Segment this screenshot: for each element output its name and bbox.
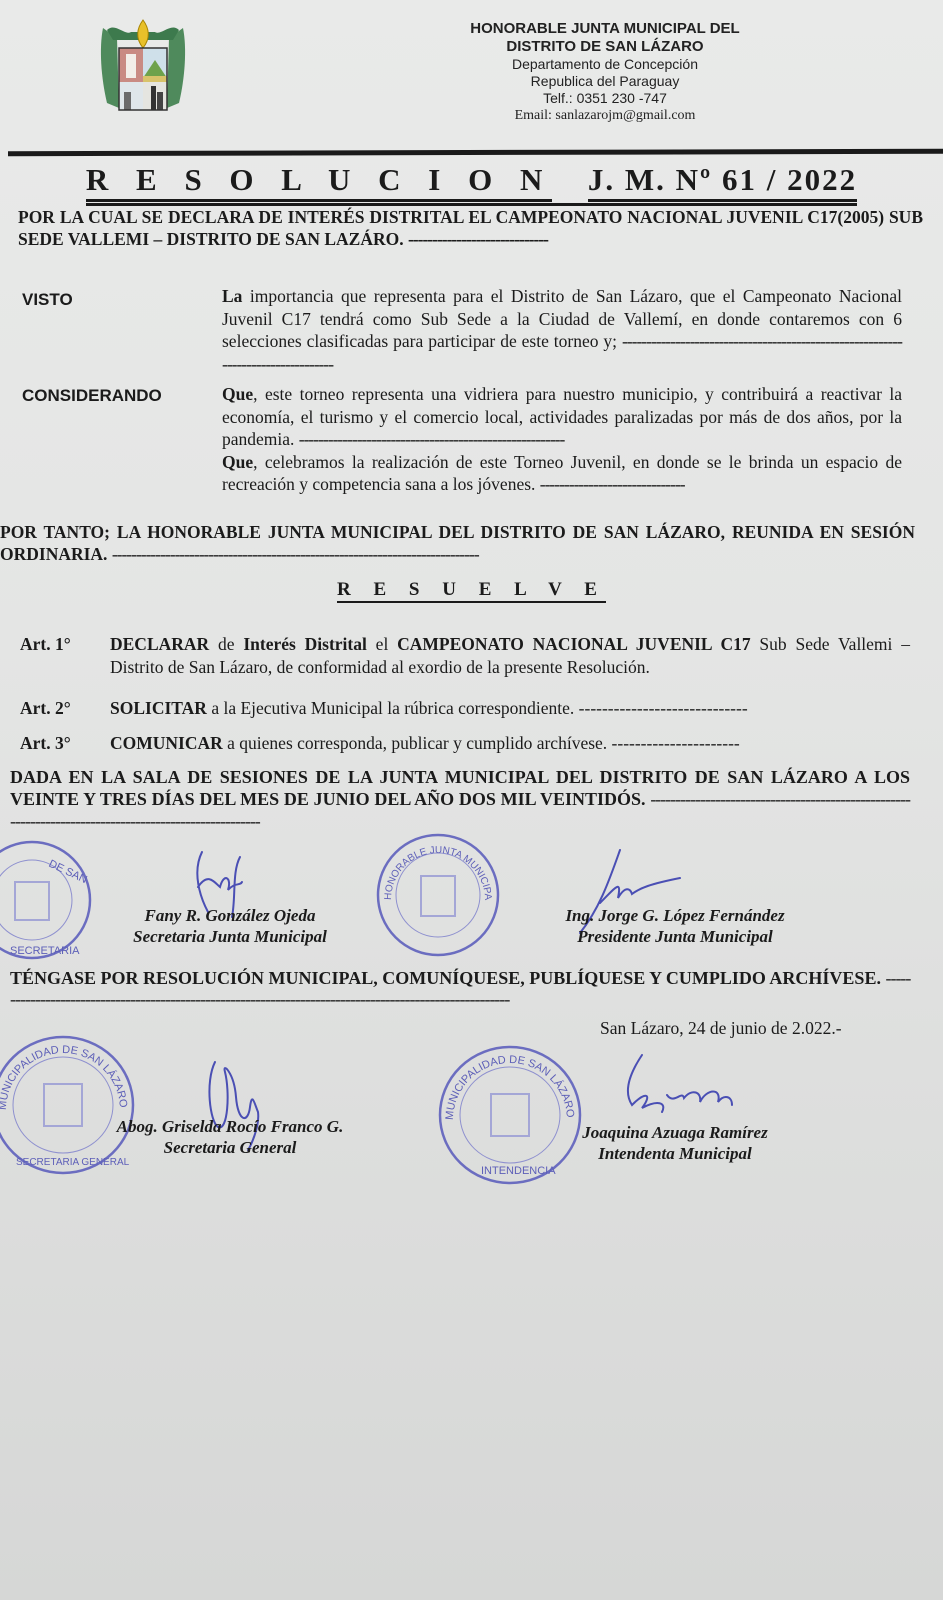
resolution-number: J. M. Nº 61 / 2022	[588, 162, 857, 202]
country: Republica del Paraguay	[390, 73, 820, 90]
article-keyword: CAMPEONATO NACIONAL JUVENIL C17	[397, 634, 750, 654]
header-divider	[8, 149, 943, 156]
paragraph-lead: Que	[222, 384, 253, 404]
article-keyword: DECLARAR	[110, 634, 209, 654]
secretaria-junta-stamp-icon: DE SAN SECRETARIA	[0, 838, 95, 963]
signatory-presidente-junta: Ing. Jorge G. López Fernández Presidente…	[520, 905, 830, 947]
article-text: SOLICITAR a la Ejecutiva Municipal la rú…	[110, 697, 910, 720]
signatory-role: Presidente Junta Municipal	[520, 926, 830, 947]
dada-clause: DADA EN LA SALA DE SESIONES DE LA JUNTA …	[10, 766, 910, 832]
article-3: Art. 3° COMUNICAR a quienes corresponda,…	[20, 732, 910, 755]
honorable-junta-stamp-icon: HONORABLE JUNTA MUNICIPAL DE SAN LÁZARO	[373, 830, 503, 960]
letterhead: HONORABLE JUNTA MUNICIPAL DEL DISTRITO D…	[390, 20, 820, 125]
svg-text:HONORABLE JUNTA MUNICIPAL DE S: HONORABLE JUNTA MUNICIPAL DE SAN LÁZARO	[373, 830, 493, 901]
svg-text:SECRETARIA: SECRETARIA	[10, 945, 80, 957]
paragraph-lead: Que	[222, 452, 253, 472]
filler-dashes: ----------------------------------------…	[112, 544, 479, 564]
visto-lead: La	[222, 286, 242, 306]
date-line: San Lázaro, 24 de junio de 2.022.-	[600, 1018, 842, 1039]
title-word: R E S O L U C I O N	[86, 162, 552, 202]
article-number: Art. 1°	[20, 633, 71, 656]
signatory-role: Secretaria Junta Municipal	[100, 926, 360, 947]
svg-text:INTENDENCIA: INTENDENCIA	[481, 1165, 556, 1177]
email: Email: sanlazarojm@gmail.com	[390, 107, 820, 125]
institution-name-line1: HONORABLE JUNTA MUNICIPAL DEL	[390, 20, 820, 38]
svg-text:SECRETARIA GENERAL: SECRETARIA GENERAL	[16, 1157, 130, 1168]
article-number: Art. 3°	[20, 732, 71, 755]
signatory-secretaria-junta: Fany R. González Ojeda Secretaria Junta …	[100, 905, 360, 947]
municipal-emblem-icon	[97, 18, 189, 118]
signatory-name: Joaquina Azuaga Ramírez	[540, 1122, 810, 1143]
institution-name-line2: DISTRITO DE SAN LÁZARO	[390, 38, 820, 56]
signatory-intendenta: Joaquina Azuaga Ramírez Intendenta Munic…	[540, 1122, 810, 1164]
tengase-text: TÉNGASE POR RESOLUCIÓN MUNICIPAL, COMUNÍ…	[10, 968, 881, 988]
signatory-name: Abog. Griselda Rocío Franco G.	[80, 1116, 380, 1137]
considerando-label: CONSIDERANDO	[22, 386, 162, 406]
article-text: DECLARAR de Interés Distrital el CAMPEON…	[110, 633, 910, 679]
article-body: a la Ejecutiva Municipal la rúbrica corr…	[207, 698, 748, 718]
filler-dashes: ----------------------------------------…	[299, 429, 565, 449]
filler-dashes: ------------------------------	[540, 474, 685, 494]
signature-joaquina-azuaga	[612, 1050, 762, 1120]
article-1: Art. 1° DECLARAR de Interés Distrital el…	[20, 633, 910, 679]
article-number: Art. 2°	[20, 697, 71, 720]
filler-dashes: -----------------------------	[408, 229, 548, 249]
visto-label: VISTO	[22, 290, 73, 310]
considerando-paragraph: Que, celebramos la realización de este T…	[222, 451, 902, 496]
por-tanto-clause: POR TANTO; LA HONORABLE JUNTA MUNICIPAL …	[0, 521, 915, 565]
article-keyword: COMUNICAR	[110, 733, 223, 753]
signatory-role: Secretaria General	[80, 1137, 380, 1158]
article-body: de	[209, 634, 243, 654]
signatory-name: Ing. Jorge G. López Fernández	[520, 905, 830, 926]
article-body: a quienes corresponda, publicar y cumpli…	[223, 733, 740, 753]
resuelve-text: R E S U E L V E	[337, 579, 606, 603]
article-2: Art. 2° SOLICITAR a la Ejecutiva Municip…	[20, 697, 910, 720]
department: Departamento de Concepción	[390, 56, 820, 73]
phone: Telf.: 0351 230 -747	[390, 90, 820, 107]
tengase-clause: TÉNGASE POR RESOLUCIÓN MUNICIPAL, COMUNÍ…	[10, 968, 915, 1010]
intendencia-stamp-icon: MUNICIPALIDAD DE SAN LÁZARO INTENDENCIA	[433, 1040, 588, 1190]
visto-text: La importancia que representa para el Di…	[222, 285, 902, 375]
signatory-name: Fany R. González Ojeda	[100, 905, 360, 926]
considerando-paragraph: Que, este torneo representa una vidriera…	[222, 383, 902, 451]
considerando-text: Que, este torneo representa una vidriera…	[222, 383, 902, 496]
signatory-role: Intendenta Municipal	[540, 1143, 810, 1164]
article-keyword: Interés Distrital	[243, 634, 367, 654]
resolution-subject: POR LA CUAL SE DECLARA DE INTERÉS DISTRI…	[18, 206, 923, 250]
resuelve-heading: R E S U E L V E	[0, 579, 943, 603]
article-keyword: SOLICITAR	[110, 698, 207, 718]
resolution-title: R E S O L U C I O N J. M. Nº 61 / 2022	[0, 162, 943, 206]
signatory-secretaria-general: Abog. Griselda Rocío Franco G. Secretari…	[80, 1116, 380, 1158]
article-text: COMUNICAR a quienes corresponda, publica…	[110, 732, 910, 755]
article-body: el	[367, 634, 397, 654]
